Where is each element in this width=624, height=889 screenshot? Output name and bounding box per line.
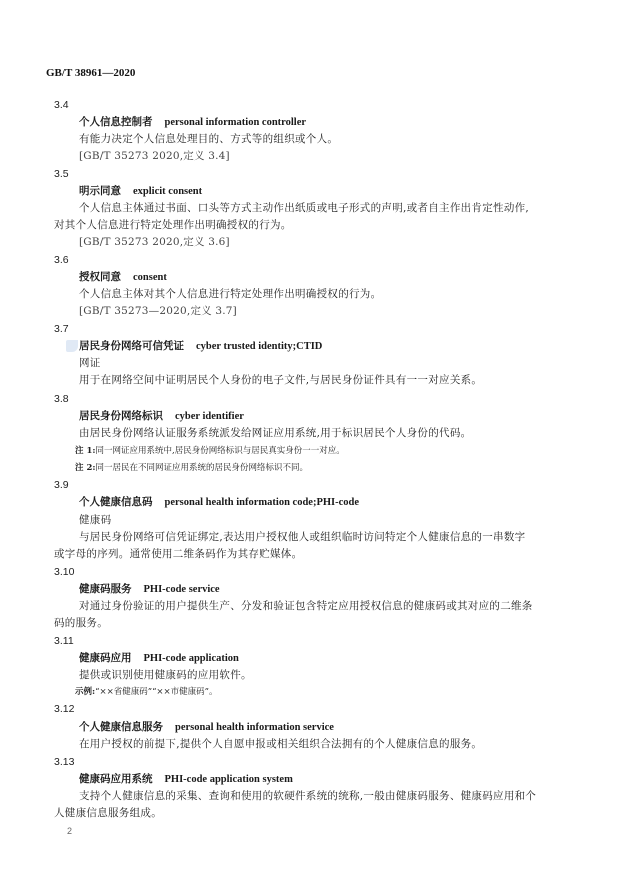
example: 示例:“××省健康码”“××市健康码”。: [75, 685, 218, 699]
clause-number: 3.10: [54, 565, 74, 579]
definition-text: 个人信息主体通过书面、口头等方式主动作出纸质或电子形式的声明,或者自主作出肯定性…: [79, 201, 529, 215]
clause-number: 3.8: [54, 392, 69, 406]
definition-text: 与居民身份网络可信凭证绑定,表达用户授权他人或组织临时访问特定个人健康信息的一串…: [79, 530, 525, 544]
source-reference: [GB/T 35273 2020,定义 3.6]: [79, 235, 230, 249]
page-number: 2: [67, 826, 72, 836]
clause-number: 3.4: [54, 98, 69, 112]
definition-text: 提供或识别使用健康码的应用软件。: [79, 668, 252, 682]
term-zh: 明示同意: [79, 185, 121, 197]
definition-text: 个人信息主体对其个人信息进行特定处理作出明确授权的行为。: [79, 287, 381, 301]
term-heading: 居民身份网络标识cyber identifier: [79, 409, 244, 424]
synonym-text: 健康码: [79, 513, 111, 527]
term-heading: 健康码应用系统PHI-code application system: [79, 772, 293, 787]
clause-number: 3.11: [54, 634, 74, 648]
definition-text: 对通过身份验证的用户提供生产、分发和验证包含特定应用授权信息的健康码或其对应的二…: [79, 599, 533, 613]
term-zh: 健康码应用: [79, 652, 132, 664]
term-zh: 居民身份网络可信凭证: [79, 340, 184, 352]
example-label: 示例:: [75, 687, 95, 697]
clause-number: 3.7: [54, 322, 69, 336]
watermark-logo: [66, 340, 78, 352]
term-en: cyber trusted identity;CTID: [196, 341, 322, 352]
term-heading: 健康码应用PHI-code application: [79, 651, 239, 666]
term-en: cyber identifier: [175, 411, 244, 422]
term-zh: 健康码服务: [79, 583, 132, 595]
clause-number: 3.12: [54, 702, 74, 716]
standard-code: GB/T 38961—2020: [46, 67, 135, 79]
term-heading: 健康码服务PHI-code service: [79, 582, 220, 597]
term-heading: 授权同意consent: [79, 270, 167, 285]
term-zh: 授权同意: [79, 271, 121, 283]
definition-text: 用于在网络空间中证明居民个人身份的电子文件,与居民身份证件具有一一对应关系。: [79, 373, 482, 387]
term-en: explicit consent: [133, 186, 202, 197]
term-heading: 个人健康信息服务personal health information serv…: [79, 720, 334, 735]
note-text: 同一居民在不同网证应用系统的居民身份网络标识不同。: [96, 463, 309, 473]
term-en: personal information controller: [165, 117, 307, 128]
clause-number: 3.9: [54, 478, 69, 492]
term-zh: 个人信息控制者: [79, 116, 153, 128]
term-en: PHI-code application system: [165, 774, 293, 785]
term-en: personal health information code;PHI-cod…: [165, 497, 360, 508]
synonym-text: 网证: [79, 356, 101, 370]
standard-code-header: GB/T 38961—2020: [46, 67, 135, 79]
definition-text: 在用户授权的前提下,提供个人自愿申报或相关组织合法拥有的个人健康信息的服务。: [79, 737, 482, 751]
term-en: PHI-code service: [144, 584, 220, 595]
term-heading: 个人信息控制者personal information controller: [79, 115, 306, 130]
term-zh: 健康码应用系统: [79, 773, 153, 785]
note-label: 注 1:: [75, 446, 96, 456]
source-reference: [GB/T 35273—2020,定义 3.7]: [79, 304, 237, 318]
source-reference: [GB/T 35273 2020,定义 3.4]: [79, 149, 230, 163]
definition-text: 由居民身份网络认证服务系统派发给网证应用系统,用于标识居民个人身份的代码。: [79, 426, 471, 440]
example-text: “××省健康码”“××市健康码”。: [95, 687, 217, 697]
clause-number: 3.6: [54, 253, 69, 267]
term-zh: 个人健康信息服务: [79, 721, 163, 733]
term-en: personal health information service: [175, 722, 334, 733]
document-page: GB/T 38961—2020 3.4 个人信息控制者personal info…: [0, 0, 624, 889]
note-1: 注 1:同一网证应用系统中,居民身份网络标识与居民真实身份一一对应。: [75, 444, 345, 458]
definition-text-continued: 或字母的序列。通常使用二维条码作为其存贮媒体。: [54, 547, 302, 561]
definition-text: 有能力决定个人信息处理目的、方式等的组织或个人。: [79, 132, 338, 146]
definition-text-continued: 对其个人信息进行特定处理作出明确授权的行为。: [54, 218, 292, 232]
term-zh: 个人健康信息码: [79, 496, 153, 508]
definition-text-continued: 人健康信息服务组成。: [54, 806, 162, 820]
term-heading: 个人健康信息码personal health information code;…: [79, 495, 359, 510]
term-heading: 明示同意explicit consent: [79, 184, 202, 199]
term-heading: 居民身份网络可信凭证cyber trusted identity;CTID: [79, 339, 322, 354]
clause-number: 3.13: [54, 755, 74, 769]
note-label: 注 2:: [75, 463, 96, 473]
note-2: 注 2:同一居民在不同网证应用系统的居民身份网络标识不同。: [75, 461, 308, 475]
definition-text: 支持个人健康信息的采集、查询和使用的软硬件系统的统称,一般由健康码服务、健康码应…: [79, 789, 536, 803]
term-en: consent: [133, 272, 167, 283]
term-en: PHI-code application: [144, 653, 239, 664]
definition-text-continued: 码的服务。: [54, 616, 108, 630]
note-text: 同一网证应用系统中,居民身份网络标识与居民真实身份一一对应。: [96, 446, 345, 456]
term-zh: 居民身份网络标识: [79, 410, 163, 422]
clause-number: 3.5: [54, 167, 69, 181]
